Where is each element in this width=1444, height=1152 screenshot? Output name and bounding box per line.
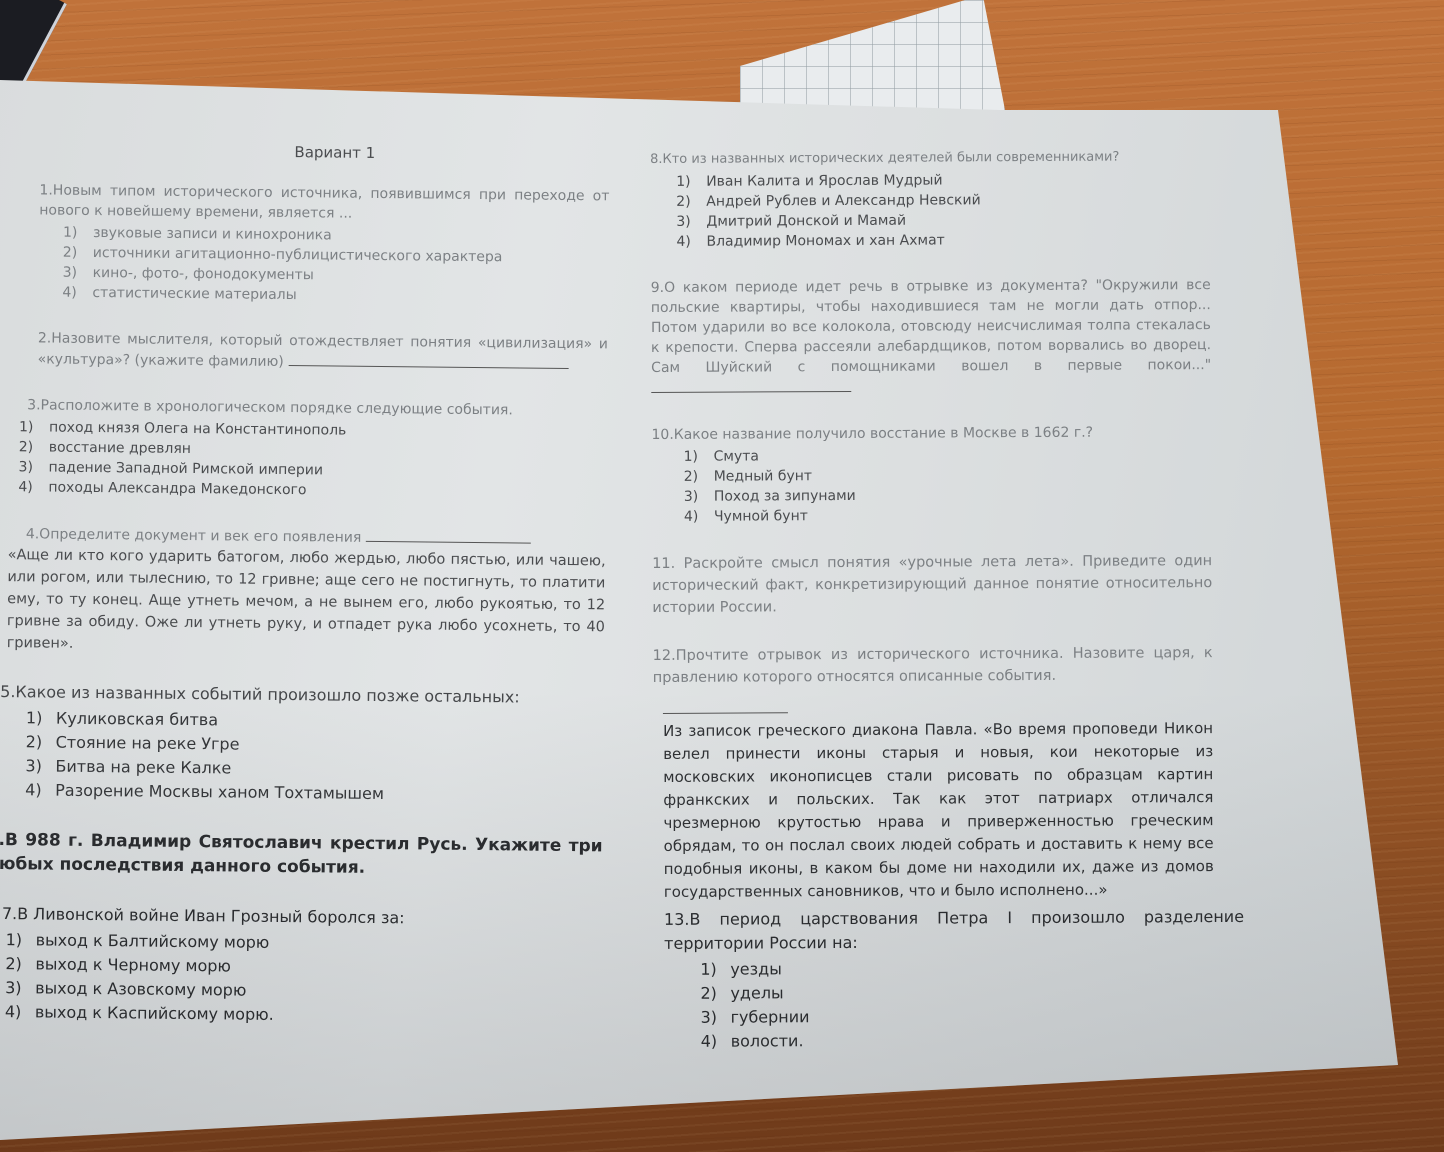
question-8: 8.Кто из названных исторических деятелей…: [650, 147, 1211, 252]
question-text: 9.О каком периоде идет речь в отрывке из…: [651, 277, 1211, 376]
option: 4)Владимир Мономах и хан Ахмат: [676, 229, 1210, 252]
option: 4)Разорение Москвы ханом Тохтамышем: [25, 778, 603, 808]
question-4: 4.Определите документ и век его появлени…: [0, 523, 606, 660]
question-10: 10.Какое название получило восстание в М…: [651, 422, 1212, 527]
document-quote: «Аще ли кто кого ударить батогом, любо ж…: [0, 544, 606, 660]
option: 4)волости.: [701, 1027, 1215, 1054]
question-text: 7.В Ливонской войне Иван Грозный боролся…: [0, 902, 602, 933]
question-13: 13.В период царствования Петра I произош…: [654, 905, 1215, 1054]
left-column: Вариант 1 1.Новым типом исторического ис…: [0, 140, 610, 1056]
answer-blank[interactable]: [366, 527, 531, 544]
question-text: 5.Какое из названных событий произошло п…: [0, 680, 604, 710]
option: 2)уделы: [700, 979, 1214, 1006]
options-list: 1)Иван Калита и Ярослав Мудрый 2)Андрей …: [650, 169, 1210, 252]
question-text: 6.В 988 г. Владимир Святославич крестил …: [0, 828, 603, 882]
option: 3)Поход за зипунами: [684, 484, 1212, 507]
question-text: 4.Определите документ и век его появлени…: [26, 526, 362, 546]
option: 4)Чумной бунт: [684, 504, 1212, 527]
question-7: 7.В Ливонской войне Иван Грозный боролся…: [0, 902, 602, 1030]
question-text: 1.Новым типом исторического источника, п…: [0, 180, 610, 226]
question-5: 5.Какое из названных событий произошло п…: [0, 680, 604, 808]
question-11: 11. Раскройте смысл понятия «урочные лет…: [652, 550, 1212, 619]
question-text: 13.В период царствования Петра I произош…: [654, 905, 1244, 956]
answer-blank[interactable]: [663, 698, 788, 714]
answer-blank[interactable]: [651, 377, 851, 393]
options-list: 1)Куликовская битва 2)Стояние на реке Уг…: [0, 706, 604, 808]
question-text: 8.Кто из названных исторических деятелей…: [650, 147, 1210, 170]
options-list: 1)поход князя Олега на Константинополь 2…: [0, 417, 607, 503]
option: 1)Иван Калита и Ярослав Мудрый: [676, 169, 1210, 192]
option: 1)уезды: [700, 955, 1214, 982]
option: 4)выход к Каспийскому морю.: [5, 1000, 601, 1030]
question-text: 10.Какое название получило восстание в М…: [651, 422, 1211, 445]
options-list: 1)Смута 2)Медный бунт 3)Поход за зипунам…: [652, 444, 1212, 527]
answer-blank[interactable]: [288, 351, 568, 369]
question-text: 12.Прочтите отрывок из исторического ист…: [653, 642, 1213, 689]
question-text: 11. Раскройте смысл понятия «урочные лет…: [652, 550, 1212, 619]
question-12: 12.Прочтите отрывок из исторического ист…: [653, 642, 1214, 904]
option: 2)Андрей Рублев и Александр Невский: [676, 189, 1210, 212]
right-column: 8.Кто из названных исторических деятелей…: [650, 147, 1215, 1080]
question-2: 2.Назовите мыслителя, который отождествл…: [0, 328, 608, 375]
option: 3)губернии: [700, 1003, 1214, 1030]
options-list: 1)выход к Балтийскому морю 2)выход к Чер…: [0, 928, 602, 1030]
option: 2)Медный бунт: [684, 464, 1212, 487]
options-list: 1)уезды 2)уделы 3)губернии 4)волости.: [654, 955, 1214, 1054]
option: 1)Смута: [684, 444, 1212, 467]
option: 3)Дмитрий Донской и Мамай: [676, 209, 1210, 232]
question-3: 3.Расположите в хронологическом порядке …: [0, 395, 607, 503]
question-9: 9.О каком периоде идет речь в отрывке из…: [651, 275, 1212, 399]
options-list: 1)звуковые записи и кинохроника 2)источн…: [0, 222, 609, 308]
question-6: 6.В 988 г. Владимир Святославич крестил …: [0, 828, 603, 882]
source-excerpt: Из записок греческого диакона Павла. «Во…: [653, 717, 1214, 904]
question-1: 1.Новым типом исторического источника, п…: [0, 180, 610, 308]
